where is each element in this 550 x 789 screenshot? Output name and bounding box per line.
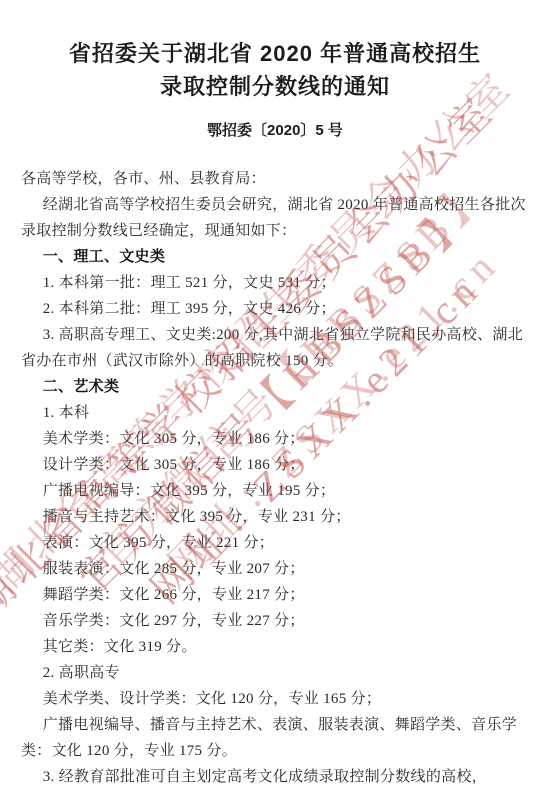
paragraph: 广播电视编导、播音与主持艺术、表演、服装表演、舞蹈学类、音乐学类：文化 120 … [21,712,526,764]
paragraph: 美术学类：文化 305 分，专业 186 分； [21,426,526,452]
paragraph: 舞蹈学类：文化 266 分，专业 217 分； [21,582,526,608]
document-body: 各高等学校，各市、州、县教育局：经湖北省高等学校招生委员会研究，湖北省 2020… [0,166,550,789]
document-title: 省招委关于湖北省 2020 年普通高校招生 录取控制分数线的通知 [0,15,550,103]
paragraph: 一、理工、文史类 [21,244,526,270]
paragraph: 广播电视编导：文化 395 分，专业 195 分； [21,478,526,504]
paragraph: 音乐学类：文化 297 分，专业 227 分； [21,608,526,634]
paragraph: 3. 经教育部批准可自主划定高考文化成绩录取控制分数线的高校， [21,764,526,789]
paragraph: 服装表演：文化 285 分，专业 207 分； [21,556,526,582]
document-page: 湖北省高等学校招生委员会办公室官方微信号【HBSZSB】网址：ZSXX.e21.… [0,0,550,789]
document-title-line-1: 省招委关于湖北省 2020 年普通高校招生 [69,41,481,66]
paragraph: 其它类：文化 319 分。 [21,634,526,660]
paragraph: 各高等学校，各市、州、县教育局： [21,166,526,192]
paragraph: 2. 本科第二批：理工 395 分，文史 426 分； [21,296,526,322]
paragraph: 设计学类：文化 305 分，专业 186 分； [21,452,526,478]
document-number: 鄂招委〔2020〕5 号 [0,119,550,140]
paragraph: 播音与主持艺术：文化 395 分，专业 231 分； [21,504,526,530]
paragraph: 美术学类、设计学类：文化 120 分，专业 165 分； [21,686,526,712]
paragraph: 二、艺术类 [21,374,526,400]
paragraph: 1. 本科 [21,400,526,426]
paragraph: 表演：文化 395 分，专业 221 分； [21,530,526,556]
document-title-line-2: 录取控制分数线的通知 [160,74,390,99]
paragraph: 1. 本科第一批：理工 521 分，文史 531 分； [21,270,526,296]
paragraph: 经湖北省高等学校招生委员会研究，湖北省 2020 年普通高校招生各批次录取控制分… [21,192,526,244]
paragraph: 3. 高职高专理工、文史类:200 分,其中湖北省独立学院和民办高校、湖北省办在… [21,322,526,374]
paragraph: 2. 高职高专 [21,660,526,686]
